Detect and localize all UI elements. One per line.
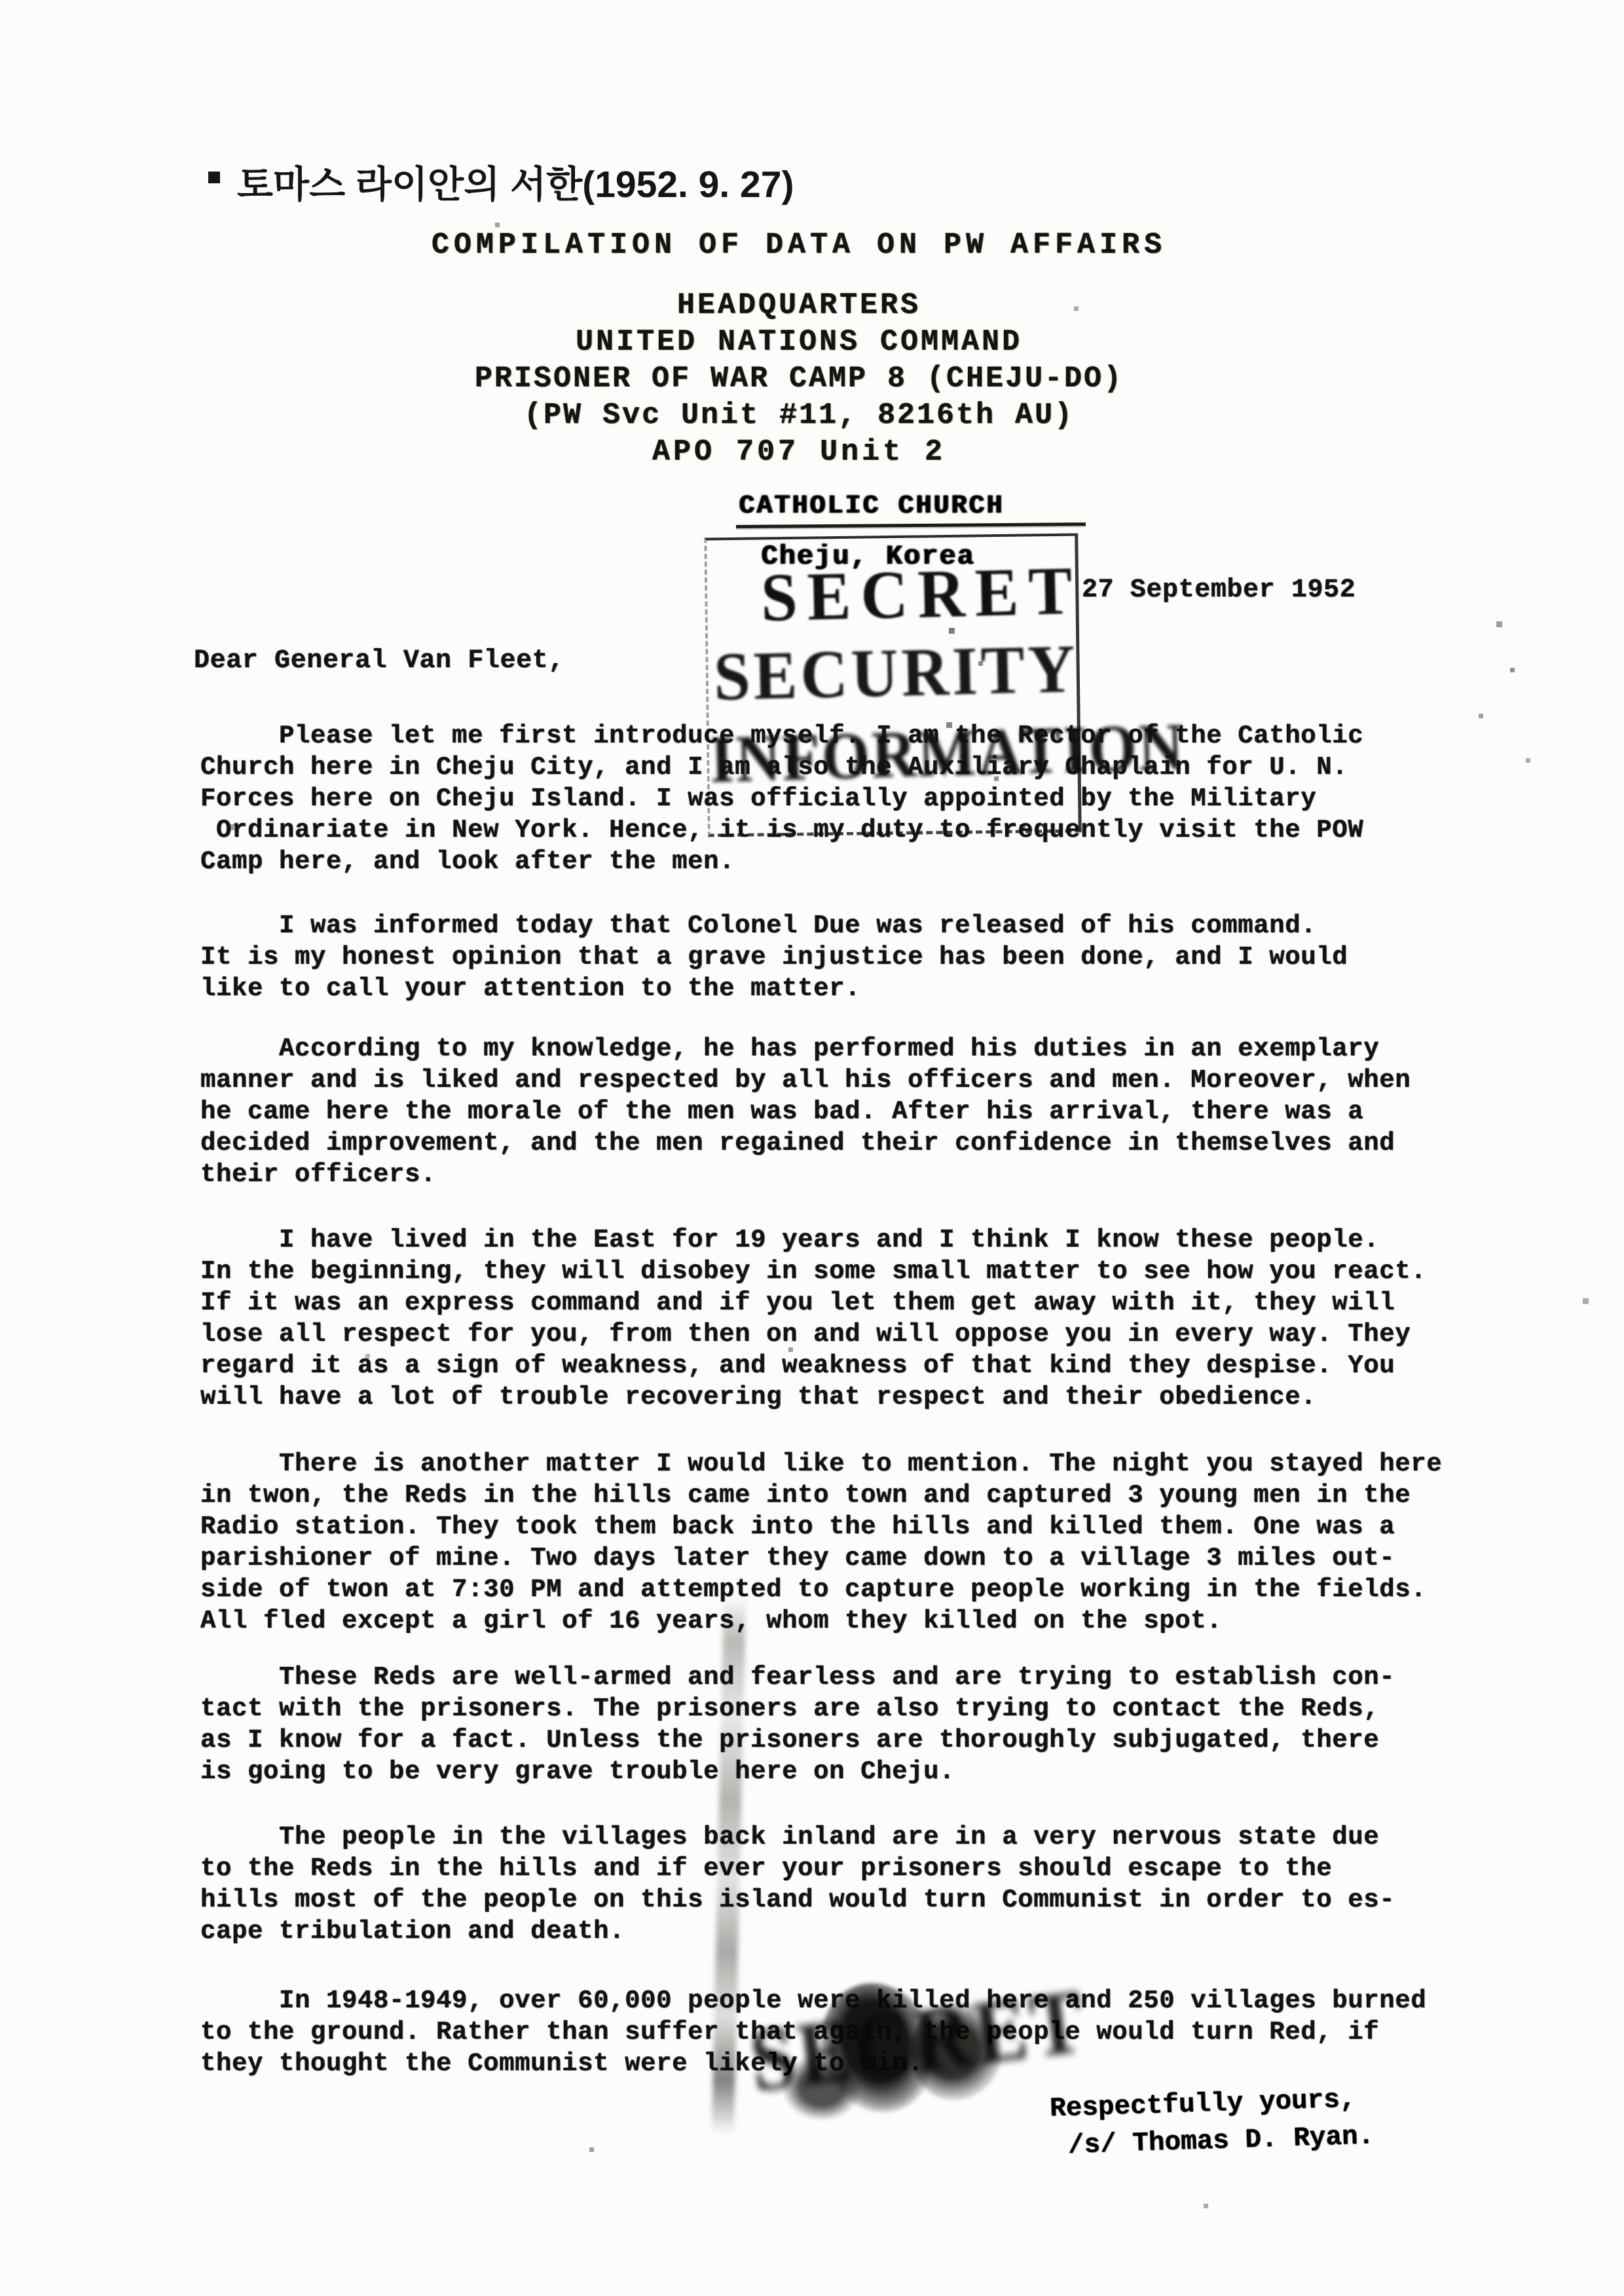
paragraph-reds-well-armed: These Reds are well-armed and fearless a…	[200, 1662, 1395, 1787]
paragraph-exemplary-duties: According to my knowledge, he has perfor…	[200, 1033, 1411, 1190]
header-headquarters-line: HEADQUARTERS	[13, 291, 1585, 320]
catholic-church-stamp-name: CATHOLIC CHURCH	[739, 491, 1004, 522]
header-pow-camp-line: PRISONER OF WAR CAMP 8 (CHEJU-DO)	[13, 364, 1585, 393]
closing-block: Respectfully yours, /s/ Thomas D. Ryan.	[1049, 2081, 1375, 2165]
paragraph-introduction: Please let me first introduce myself. I …	[200, 720, 1363, 877]
paragraph-reds-in-hills: There is another matter I would like to …	[200, 1448, 1442, 1637]
paragraph-1948-1949: In 1948-1949, over 60,000 people were ki…	[200, 1985, 1426, 2079]
paragraph-colonel-due: I was informed today that Colonel Due wa…	[200, 910, 1348, 1004]
header-apo-line: APO 707 Unit 2	[13, 437, 1585, 467]
korean-title-text: 토마스 라이안의 서한(1952. 9. 27)	[237, 155, 794, 208]
header-pw-svc-unit-line: (PW Svc Unit #11, 8216th AU)	[13, 401, 1585, 430]
salutation: Dear General Van Fleet,	[194, 646, 564, 677]
korean-title: 토마스 라이안의 서한(1952. 9. 27)	[208, 155, 794, 208]
paragraph-lived-in-east: I have lived in the East for 19 years an…	[200, 1224, 1426, 1413]
square-bullet-icon	[208, 172, 220, 183]
letter-date: 27 September 1952	[1082, 575, 1356, 606]
scanned-letter-page: 토마스 라이안의 서한(1952. 9. 27) COMPILATION OF …	[0, 0, 1624, 2296]
paragraph-villages-nervous: The people in the villages back inland a…	[200, 1821, 1395, 1947]
header-unc-line: UNITED NATIONS COMMAND	[13, 327, 1585, 357]
header-compilation-line: COMPILATION OF DATA ON PW AFFAIRS	[13, 230, 1585, 260]
church-stamp-underline	[736, 522, 1086, 528]
scan-noise-specks	[0, 0, 2, 2]
secret-stamp-word-secret: SECRET	[760, 556, 1082, 632]
secret-stamp-word-security: SECURITY	[713, 634, 1079, 712]
